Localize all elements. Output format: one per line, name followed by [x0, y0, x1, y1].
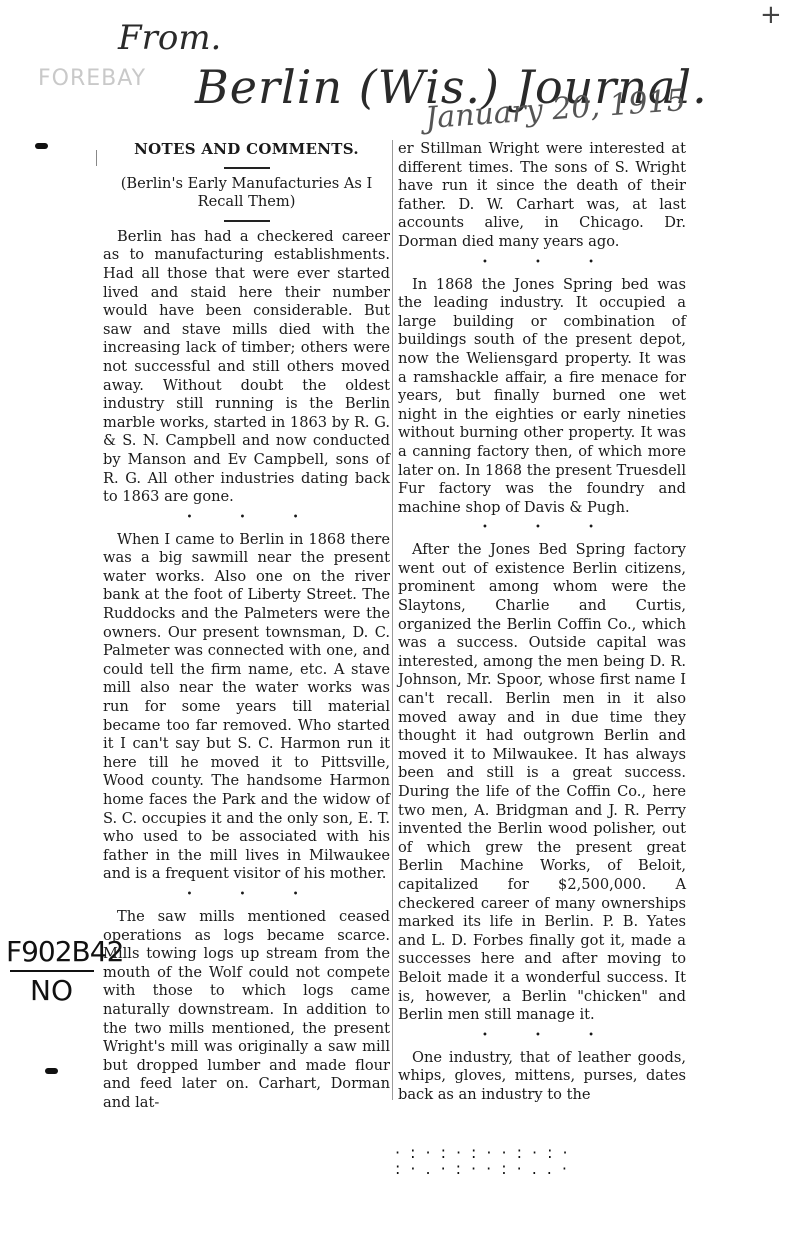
headline-rule — [224, 167, 270, 169]
paragraph: When I came to Berlin in 1868 there was … — [103, 531, 390, 884]
article-column-right: er Stillman Wright were interested at di… — [398, 140, 686, 1105]
handwritten-from: From. — [118, 18, 221, 58]
section-separator: • • • — [117, 511, 390, 525]
paragraph: After the Jones Bed Spring factory went … — [398, 541, 686, 1024]
margin-mark — [35, 143, 48, 149]
paragraph: One industry, that of leather goods, whi… — [398, 1049, 686, 1105]
subhead-rule — [224, 220, 270, 222]
article-subhead: (Berlin's Early Manufacturies As I Recal… — [103, 175, 390, 212]
article-headline: NOTES AND COMMENTS. — [103, 140, 390, 159]
margin-mark — [45, 1068, 58, 1074]
column-divider — [392, 140, 393, 1100]
section-separator: • • • — [412, 256, 686, 270]
paragraph: In 1868 the Jones Spring bed was the lea… — [398, 276, 686, 518]
perforation-dots: ·:·:·:··:·:·:·.·:··:·..· — [395, 1145, 578, 1177]
faded-stamp: FOREBAY — [38, 66, 146, 91]
corner-cross-mark: + — [760, 0, 782, 30]
paragraph: Berlin has had a checkered career as to … — [103, 228, 390, 507]
section-separator: • • • — [412, 1029, 686, 1043]
article-column-left: NOTES AND COMMENTS. (Berlin's Early Manu… — [103, 140, 390, 1113]
paragraph: er Stillman Wright were interested at di… — [398, 140, 686, 252]
left-edge-rule — [96, 150, 97, 166]
paragraph: The saw mills mentioned ceased operation… — [103, 908, 390, 1113]
section-separator: • • • — [412, 521, 686, 535]
section-separator: • • • — [117, 888, 390, 902]
catalog-rule — [10, 970, 94, 972]
